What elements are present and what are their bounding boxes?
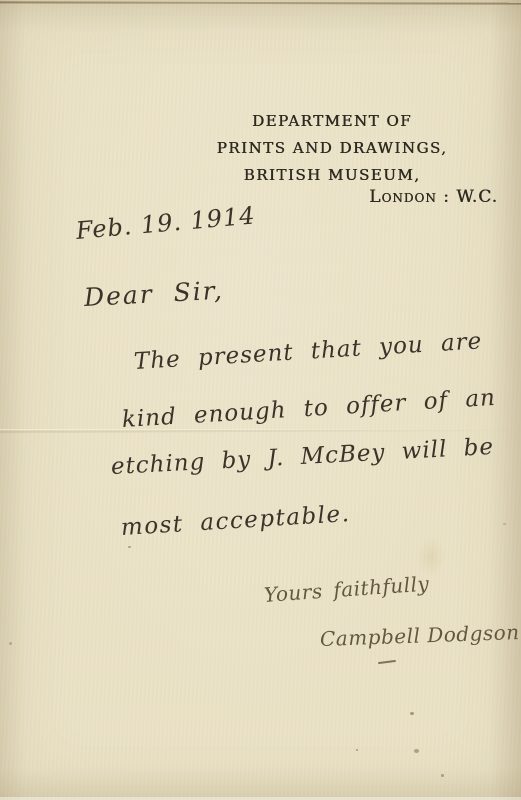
foxing-spot — [503, 523, 506, 525]
letter-body-line: most acceptable. — [120, 501, 351, 541]
paper-stain — [416, 536, 446, 578]
foxing-spot — [9, 642, 12, 645]
letter-body-line: The present that you are — [133, 328, 483, 375]
letterhead-department: DEPARTMENT OF — [162, 108, 502, 135]
letterhead: DEPARTMENT OF PRINTS AND DRAWINGS, BRITI… — [162, 108, 502, 189]
fold-crease-shadow — [0, 429, 521, 433]
letterhead-location: London : W.C. — [369, 187, 498, 207]
foxing-spot — [410, 712, 414, 715]
letter-signature: Campbell Dodgson — [320, 620, 520, 651]
letter-salutation: Dear Sir, — [83, 276, 224, 312]
foxing-spot — [356, 749, 358, 751]
signature-flourish — [378, 660, 396, 664]
foxing-spot — [128, 546, 131, 548]
letterhead-institution: BRITISH MUSEUM, — [162, 162, 502, 189]
foxing-spot — [441, 774, 444, 777]
paper-top-edge — [0, 1, 521, 4]
letter-page: DEPARTMENT OF PRINTS AND DRAWINGS, BRITI… — [0, 0, 521, 800]
letter-date: Feb. 19. 1914 — [75, 201, 257, 245]
letter-closing: Yours faithfully — [263, 571, 430, 606]
foxing-spot — [414, 749, 419, 753]
letter-body-line: kind enough to offer of an — [121, 385, 496, 433]
letter-body-line: etching by J. McBey will be — [110, 434, 494, 480]
letterhead-division: PRINTS AND DRAWINGS, — [162, 135, 502, 162]
